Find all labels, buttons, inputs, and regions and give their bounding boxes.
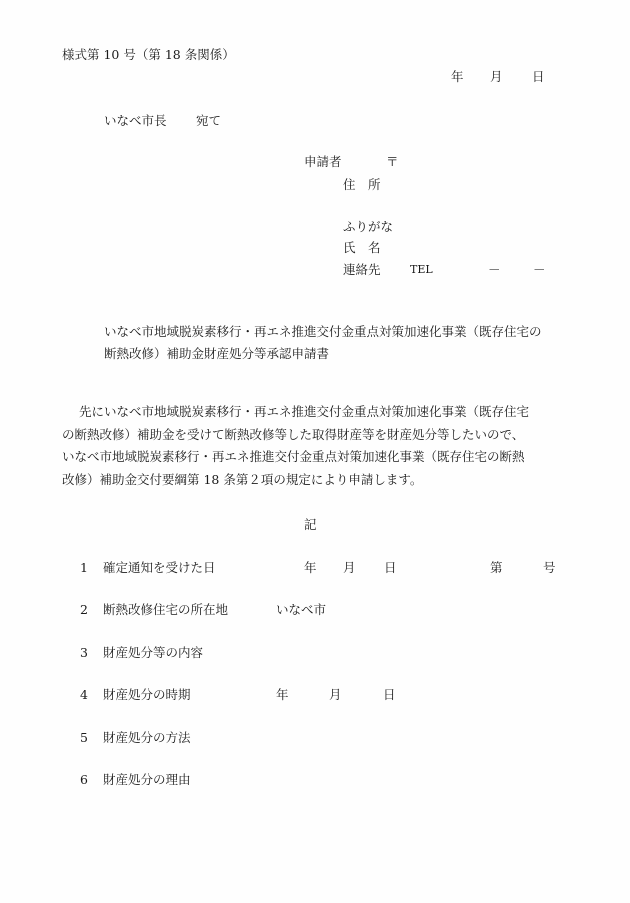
date-year-label: 年 xyxy=(451,69,464,85)
item-number: 1 xyxy=(80,560,88,576)
furigana-label: ふりがな xyxy=(343,219,393,235)
tel-label: TEL xyxy=(410,262,433,278)
date-month-label: 月 xyxy=(490,69,503,85)
item-number: 4 xyxy=(80,687,88,703)
address-label: 住 所 xyxy=(343,177,381,193)
addressee-name: いなべ市長 xyxy=(104,113,167,129)
item-number: 2 xyxy=(80,602,88,618)
tel-dash-2: － xyxy=(533,262,546,278)
item-year-label: 年 xyxy=(276,687,289,703)
tel-dash-1: － xyxy=(488,262,501,278)
title-line-2: 断熱改修）補助金財産処分等承認申請書 xyxy=(104,346,329,362)
item-year-label: 年 xyxy=(304,560,317,576)
item-month-label: 月 xyxy=(329,687,342,703)
ki-heading: 記 xyxy=(304,517,317,533)
item-number: 5 xyxy=(80,730,88,746)
body-line-4: 改修）補助金交付要綱第 18 条第２項の規定により申請します。 xyxy=(62,472,422,488)
name-label: 氏 名 xyxy=(343,240,381,256)
item-label: 財産処分の方法 xyxy=(103,730,191,746)
body-line-3: いなべ市地域脱炭素移行・再エネ推進交付金重点対策加速化事業（既存住宅の断熱 xyxy=(62,449,525,465)
item-label: 財産処分の理由 xyxy=(103,772,191,788)
item-label: 確定通知を受けた日 xyxy=(103,560,216,576)
body-line-1: 先にいなべ市地域脱炭素移行・再エネ推進交付金重点対策加速化事業（既存住宅 xyxy=(79,404,529,420)
item-value: いなべ市 xyxy=(276,602,326,618)
item-label: 断熱改修住宅の所在地 xyxy=(103,602,228,618)
form-number: 様式第 10 号（第 18 条関係） xyxy=(62,47,235,63)
body-line-2: の断熱改修）補助金を受けて断熱改修等した取得財産等を財産処分等したいので、 xyxy=(62,427,524,443)
item-go-label: 号 xyxy=(543,560,556,576)
item-label: 財産処分等の内容 xyxy=(103,645,203,661)
item-label: 財産処分の時期 xyxy=(103,687,191,703)
date-day-label: 日 xyxy=(532,69,545,85)
item-month-label: 月 xyxy=(343,560,356,576)
title-line-1: いなべ市地域脱炭素移行・再エネ推進交付金重点対策加速化事業（既存住宅の xyxy=(104,324,542,340)
postal-mark: 〒 xyxy=(386,154,399,170)
item-day-label: 日 xyxy=(384,560,397,576)
contact-label: 連絡先 xyxy=(343,262,381,278)
item-number: 6 xyxy=(80,772,88,788)
item-number: 3 xyxy=(80,645,88,661)
item-dai-label: 第 xyxy=(490,560,503,576)
item-day-label: 日 xyxy=(383,687,396,703)
addressee-suffix: 宛て xyxy=(196,113,221,129)
applicant-label: 申請者 xyxy=(304,154,342,170)
